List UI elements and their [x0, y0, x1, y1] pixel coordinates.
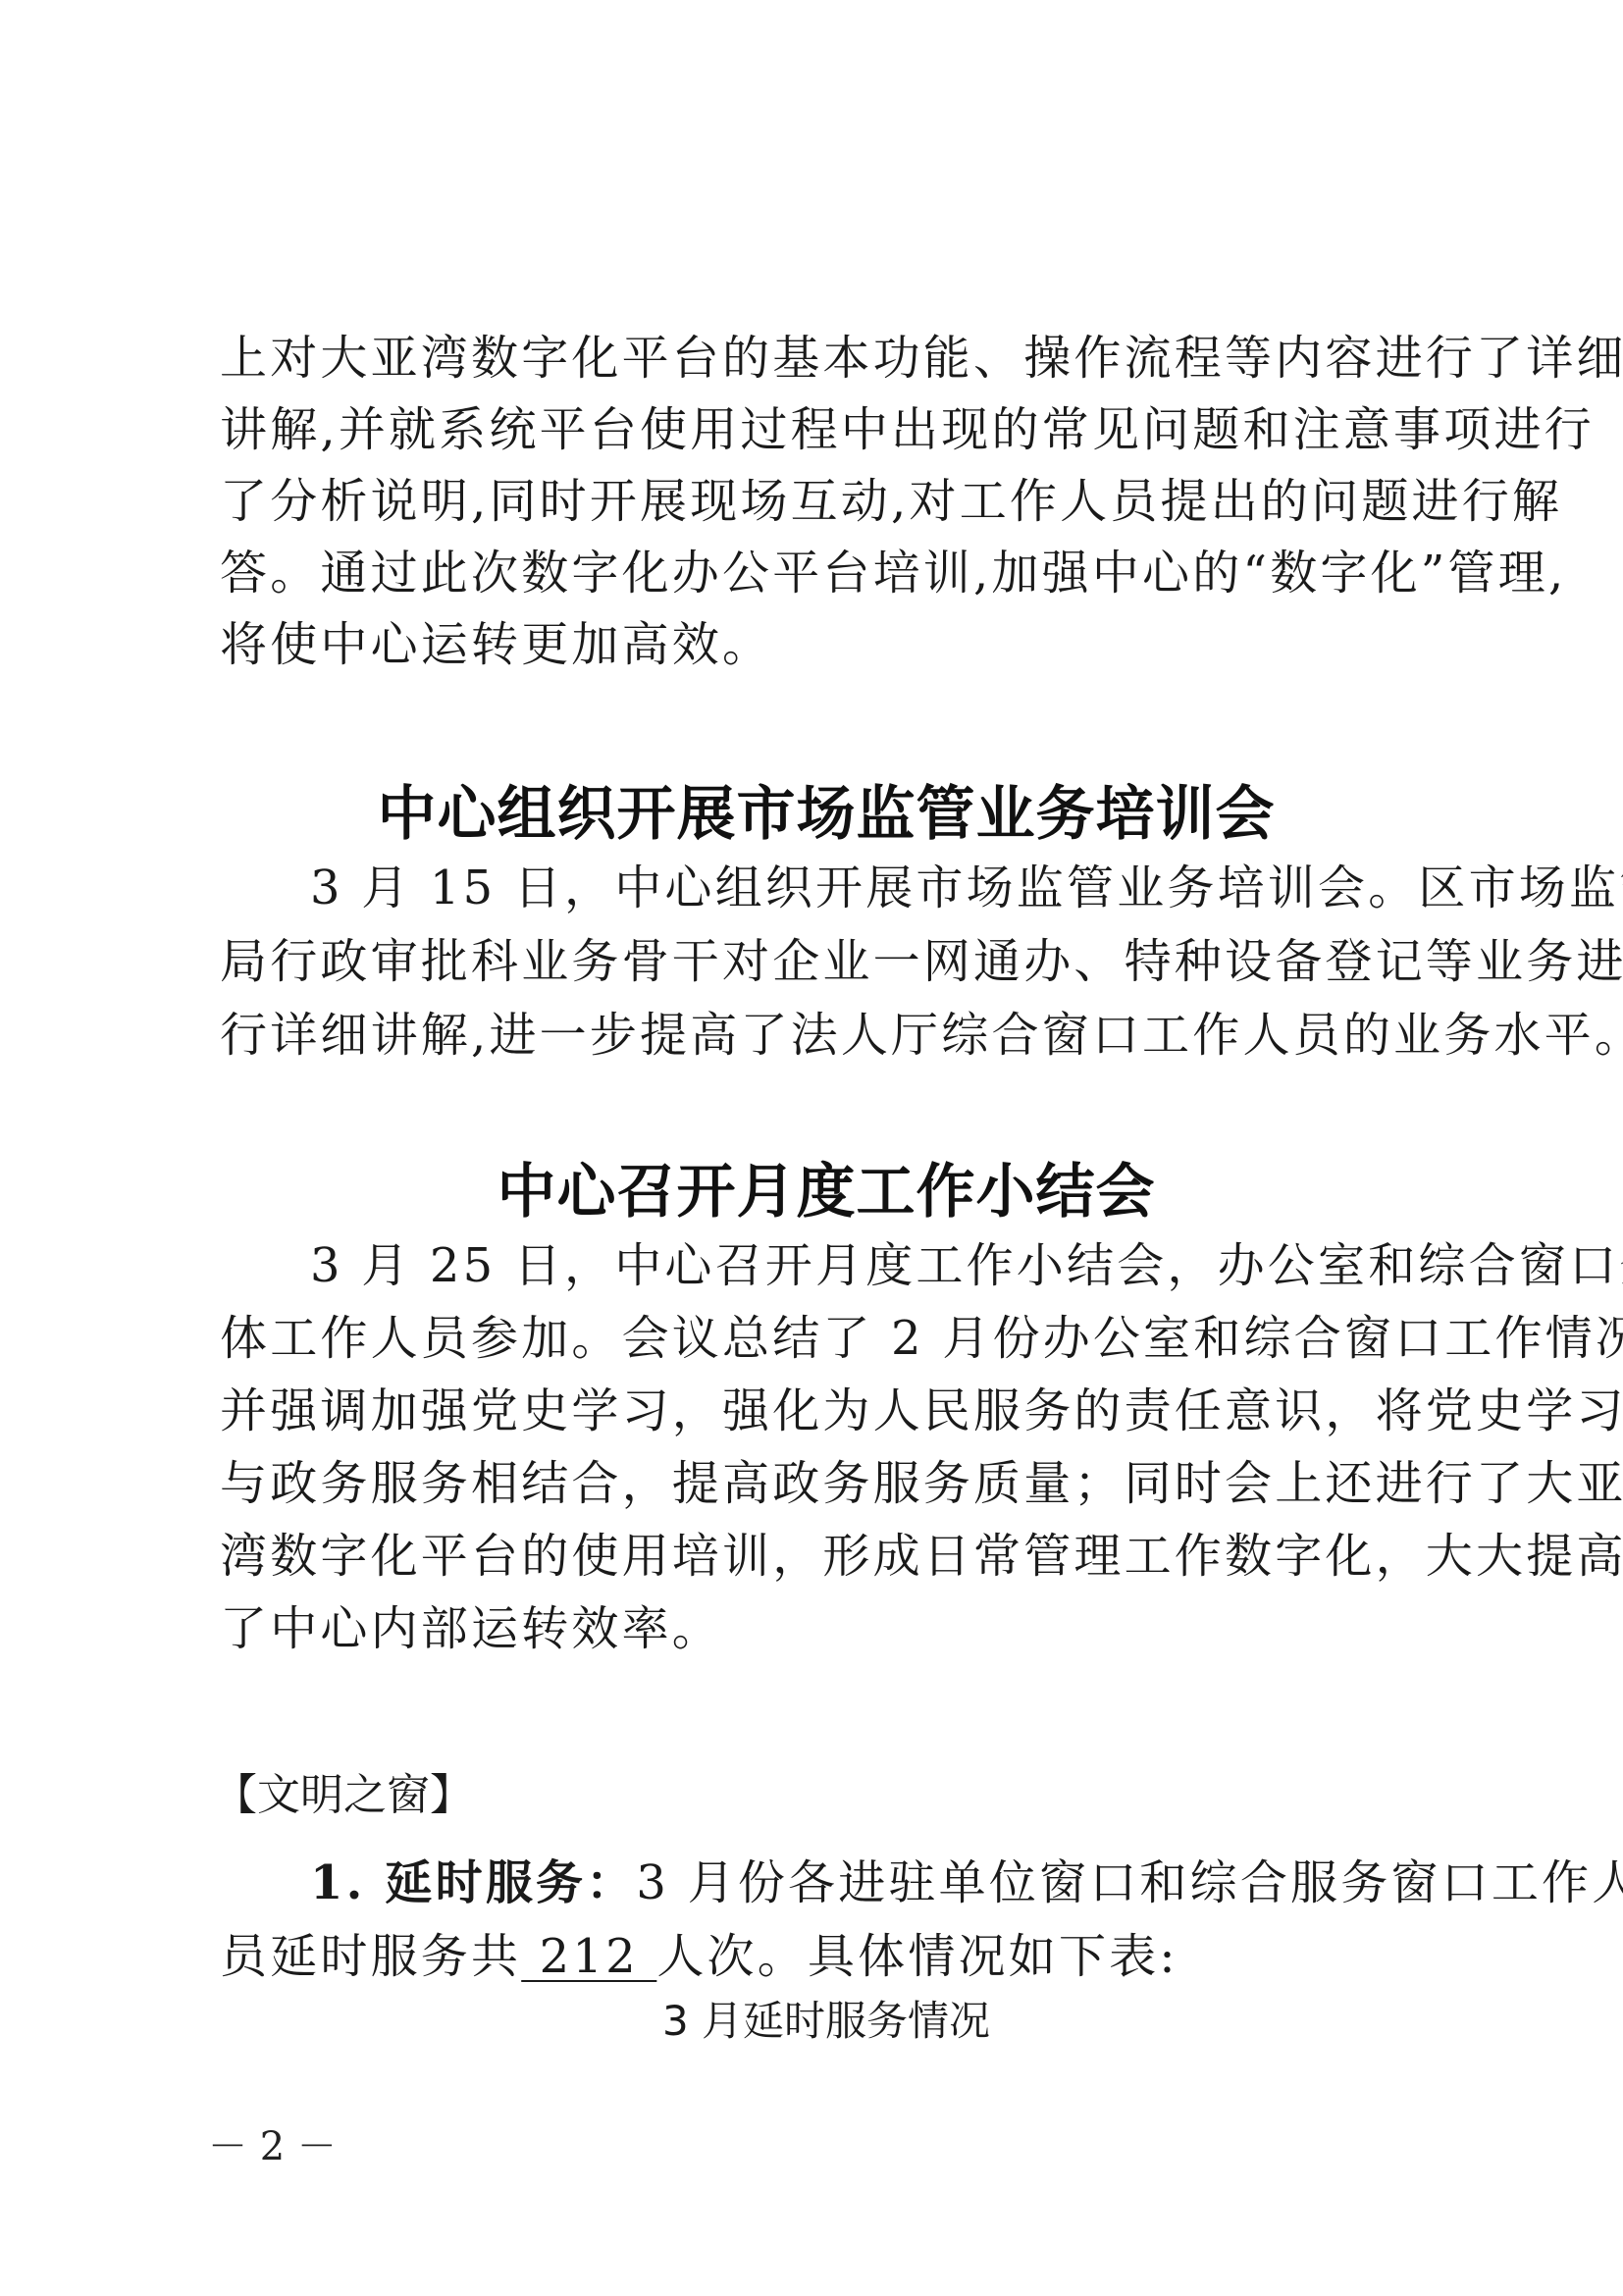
paragraph-line: 答。通过此次数字化办公平台培训,加强中心的“数字化”管理,	[220, 537, 1433, 609]
civilization-window-label: 【文明之窗】	[214, 1761, 473, 1830]
delayed-service-line: 1. 延时服务：3 月份各进驻单位窗口和综合服务窗口工作人	[220, 1847, 1433, 1919]
delayed-service-count: 212	[521, 1929, 656, 1984]
paragraph-line: 3 月 25 日，中心召开月度工作小结会，办公室和综合窗口全	[220, 1229, 1433, 1302]
document-page: 上对大亚湾数字化平台的基本功能、操作流程等内容进行了详细 讲解,并就系统平台使用…	[0, 0, 1623, 2296]
delayed-service-line: 员延时服务共 212 人次。具体情况如下表:	[220, 1920, 1433, 1993]
paragraph-line: 局行政审批科业务骨干对企业一网通办、特种设备登记等业务进	[220, 925, 1433, 998]
delayed-service-text: 人次。具体情况如下表:	[656, 1929, 1178, 1984]
page-number: － 2 －	[208, 2117, 337, 2176]
paragraph-line: 了分析说明,同时开展现场互动,对工作人员提出的问题进行解	[220, 465, 1433, 538]
section-heading-market-supervision-training: 中心组织开展市场监管业务培训会	[220, 775, 1433, 854]
paragraph-line: 并强调加强党史学习，强化为人民服务的责任意识，将党史学习	[220, 1375, 1433, 1447]
paragraph-line: 与政务服务相结合，提高政务服务质量；同时会上还进行了大亚	[220, 1447, 1433, 1520]
table-caption: 3 月延时服务情况	[220, 1987, 1433, 2056]
paragraph-line: 讲解,并就系统平台使用过程中出现的常见问题和注意事项进行	[220, 393, 1433, 466]
delayed-service-text: 3 月份各进驻单位窗口和综合服务窗口工作人	[636, 1855, 1623, 1910]
paragraph-line: 体工作人员参加。会议总结了 2 月份办公室和综合窗口工作情况,	[220, 1302, 1433, 1375]
paragraph-line: 将使中心运转更加高效。	[220, 608, 1433, 681]
delayed-service-lead: 1. 延时服务：	[310, 1855, 636, 1910]
paragraph-line: 3 月 15 日，中心组织开展市场监管业务培训会。区市场监管	[220, 852, 1433, 924]
paragraph-line: 了中心内部运转效率。	[220, 1592, 1433, 1665]
paragraph-line: 行详细讲解,进一步提高了法人厅综合窗口工作人员的业务水平。	[220, 999, 1433, 1071]
delayed-service-text: 员延时服务共	[220, 1929, 521, 1984]
paragraph-line: 上对大亚湾数字化平台的基本功能、操作流程等内容进行了详细	[220, 322, 1433, 394]
section-heading-monthly-summary-meeting: 中心召开月度工作小结会	[220, 1153, 1433, 1231]
paragraph-line: 湾数字化平台的使用培训，形成日常管理工作数字化，大大提高	[220, 1520, 1433, 1592]
